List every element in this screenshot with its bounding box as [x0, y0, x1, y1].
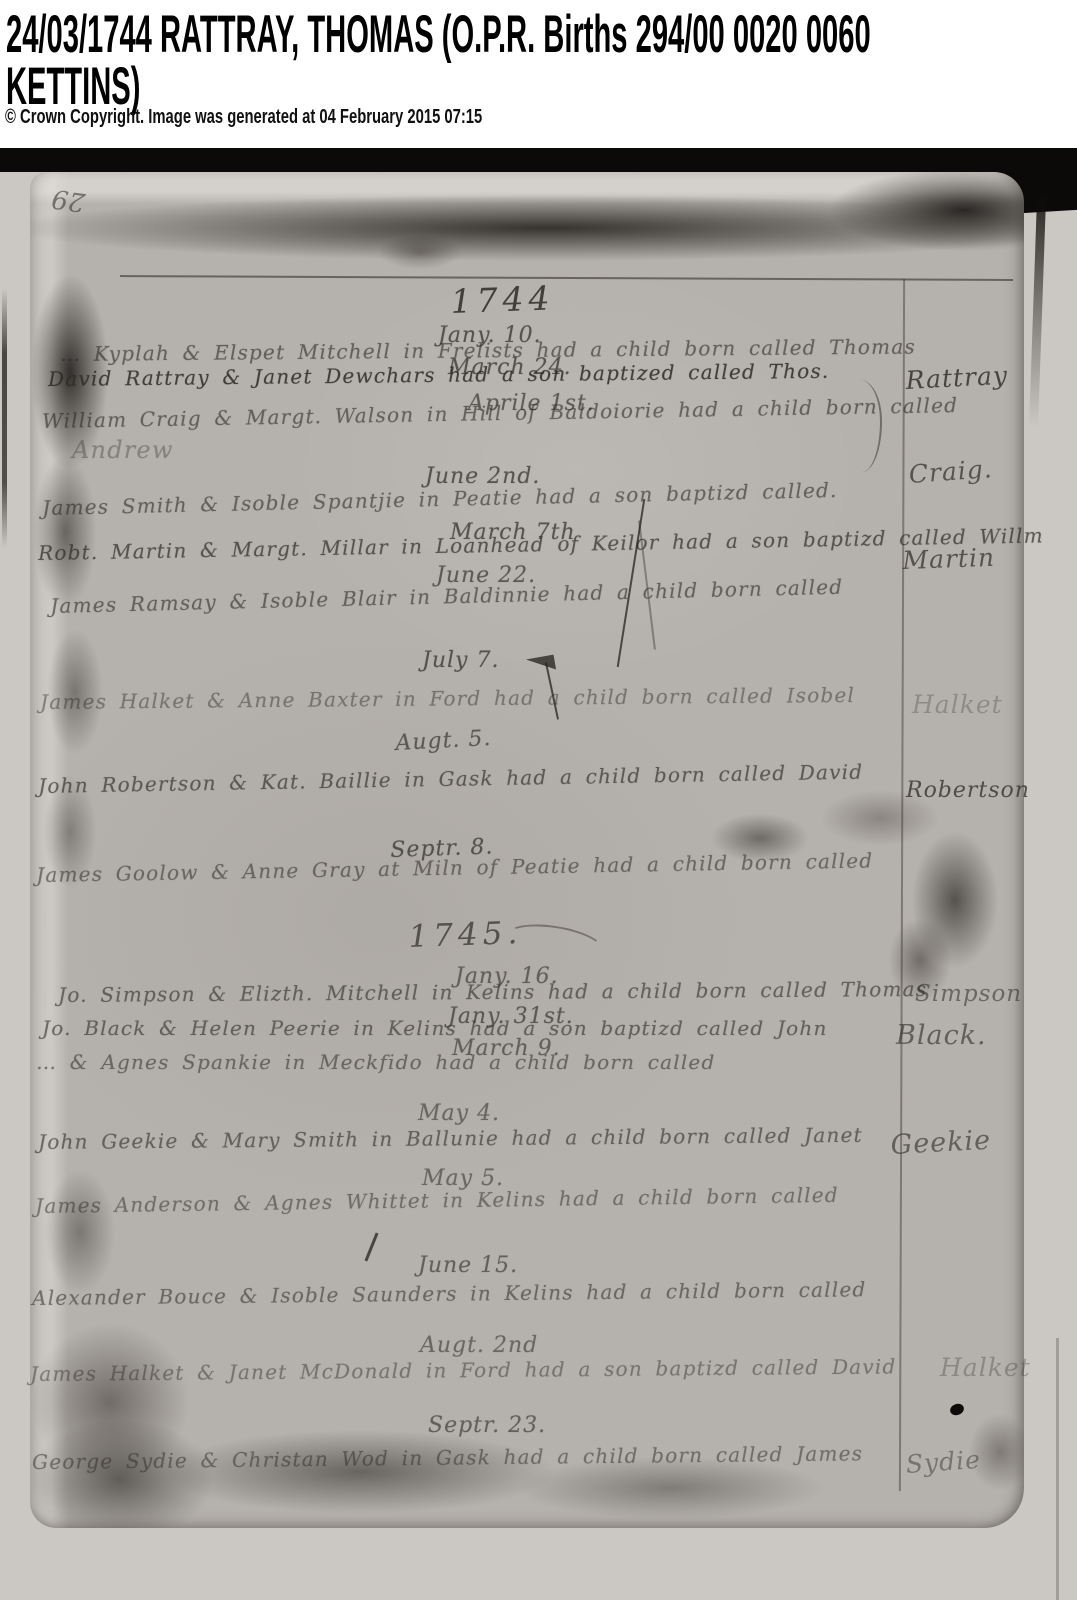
record-title-line1: 24/03/1744 RATTRAY, THOMAS (O.P.R. Birth… — [6, 8, 871, 61]
register-entry: James Halket & Anne Baxter in Ford had a… — [40, 685, 855, 712]
margin-surname: Craig. — [908, 456, 993, 487]
margin-surname: Martin — [902, 545, 995, 573]
margin-surname: Halket — [912, 692, 1003, 717]
register-page-scan: 29 1744 Jany. 10. … Kyplah & Elspet Mitc… — [0, 148, 1077, 1600]
crown-copyright-note: © Crown Copyright. Image was generated a… — [5, 107, 482, 127]
register-entry: Jo. Black & Helen Peerie in Kelins had a… — [42, 1018, 828, 1038]
register-entry: Jo. Simpson & Elizth. Mitchell in Kelins… — [58, 979, 927, 1005]
page-number: 29 — [50, 185, 86, 215]
page-edge-line — [1056, 1338, 1059, 1600]
margin-surname: Sydie — [905, 1447, 982, 1477]
margin-surname: Rattray — [905, 363, 1009, 393]
date-heading: Augt. 2nd — [420, 1335, 538, 1357]
date-heading: Augt. 5. — [395, 728, 492, 755]
date-heading: July 7. — [422, 650, 499, 672]
year-heading-1744: 1744 — [450, 281, 555, 318]
margin-surname: Simpson — [915, 983, 1022, 1006]
child-name-faded: Andrew — [72, 438, 174, 462]
margin-surname: Geekie — [890, 1127, 992, 1159]
scan-edge-line — [2, 288, 7, 548]
ink-drip-stain — [1029, 198, 1046, 428]
margin-surname: Halket — [940, 1355, 1031, 1380]
margin-surname: Robertson — [906, 780, 1030, 802]
register-entry: … & Agnes Spankie in Meckfido had a chil… — [36, 1052, 715, 1072]
date-heading: Septr. 23. — [428, 1415, 546, 1437]
date-heading: June 15. — [418, 1255, 518, 1277]
date-heading: May 4. — [418, 1103, 500, 1125]
margin-surname: Black. — [896, 1022, 987, 1049]
record-caption-header: 24/03/1744 RATTRAY, THOMAS (O.P.R. Birth… — [0, 0, 1077, 148]
